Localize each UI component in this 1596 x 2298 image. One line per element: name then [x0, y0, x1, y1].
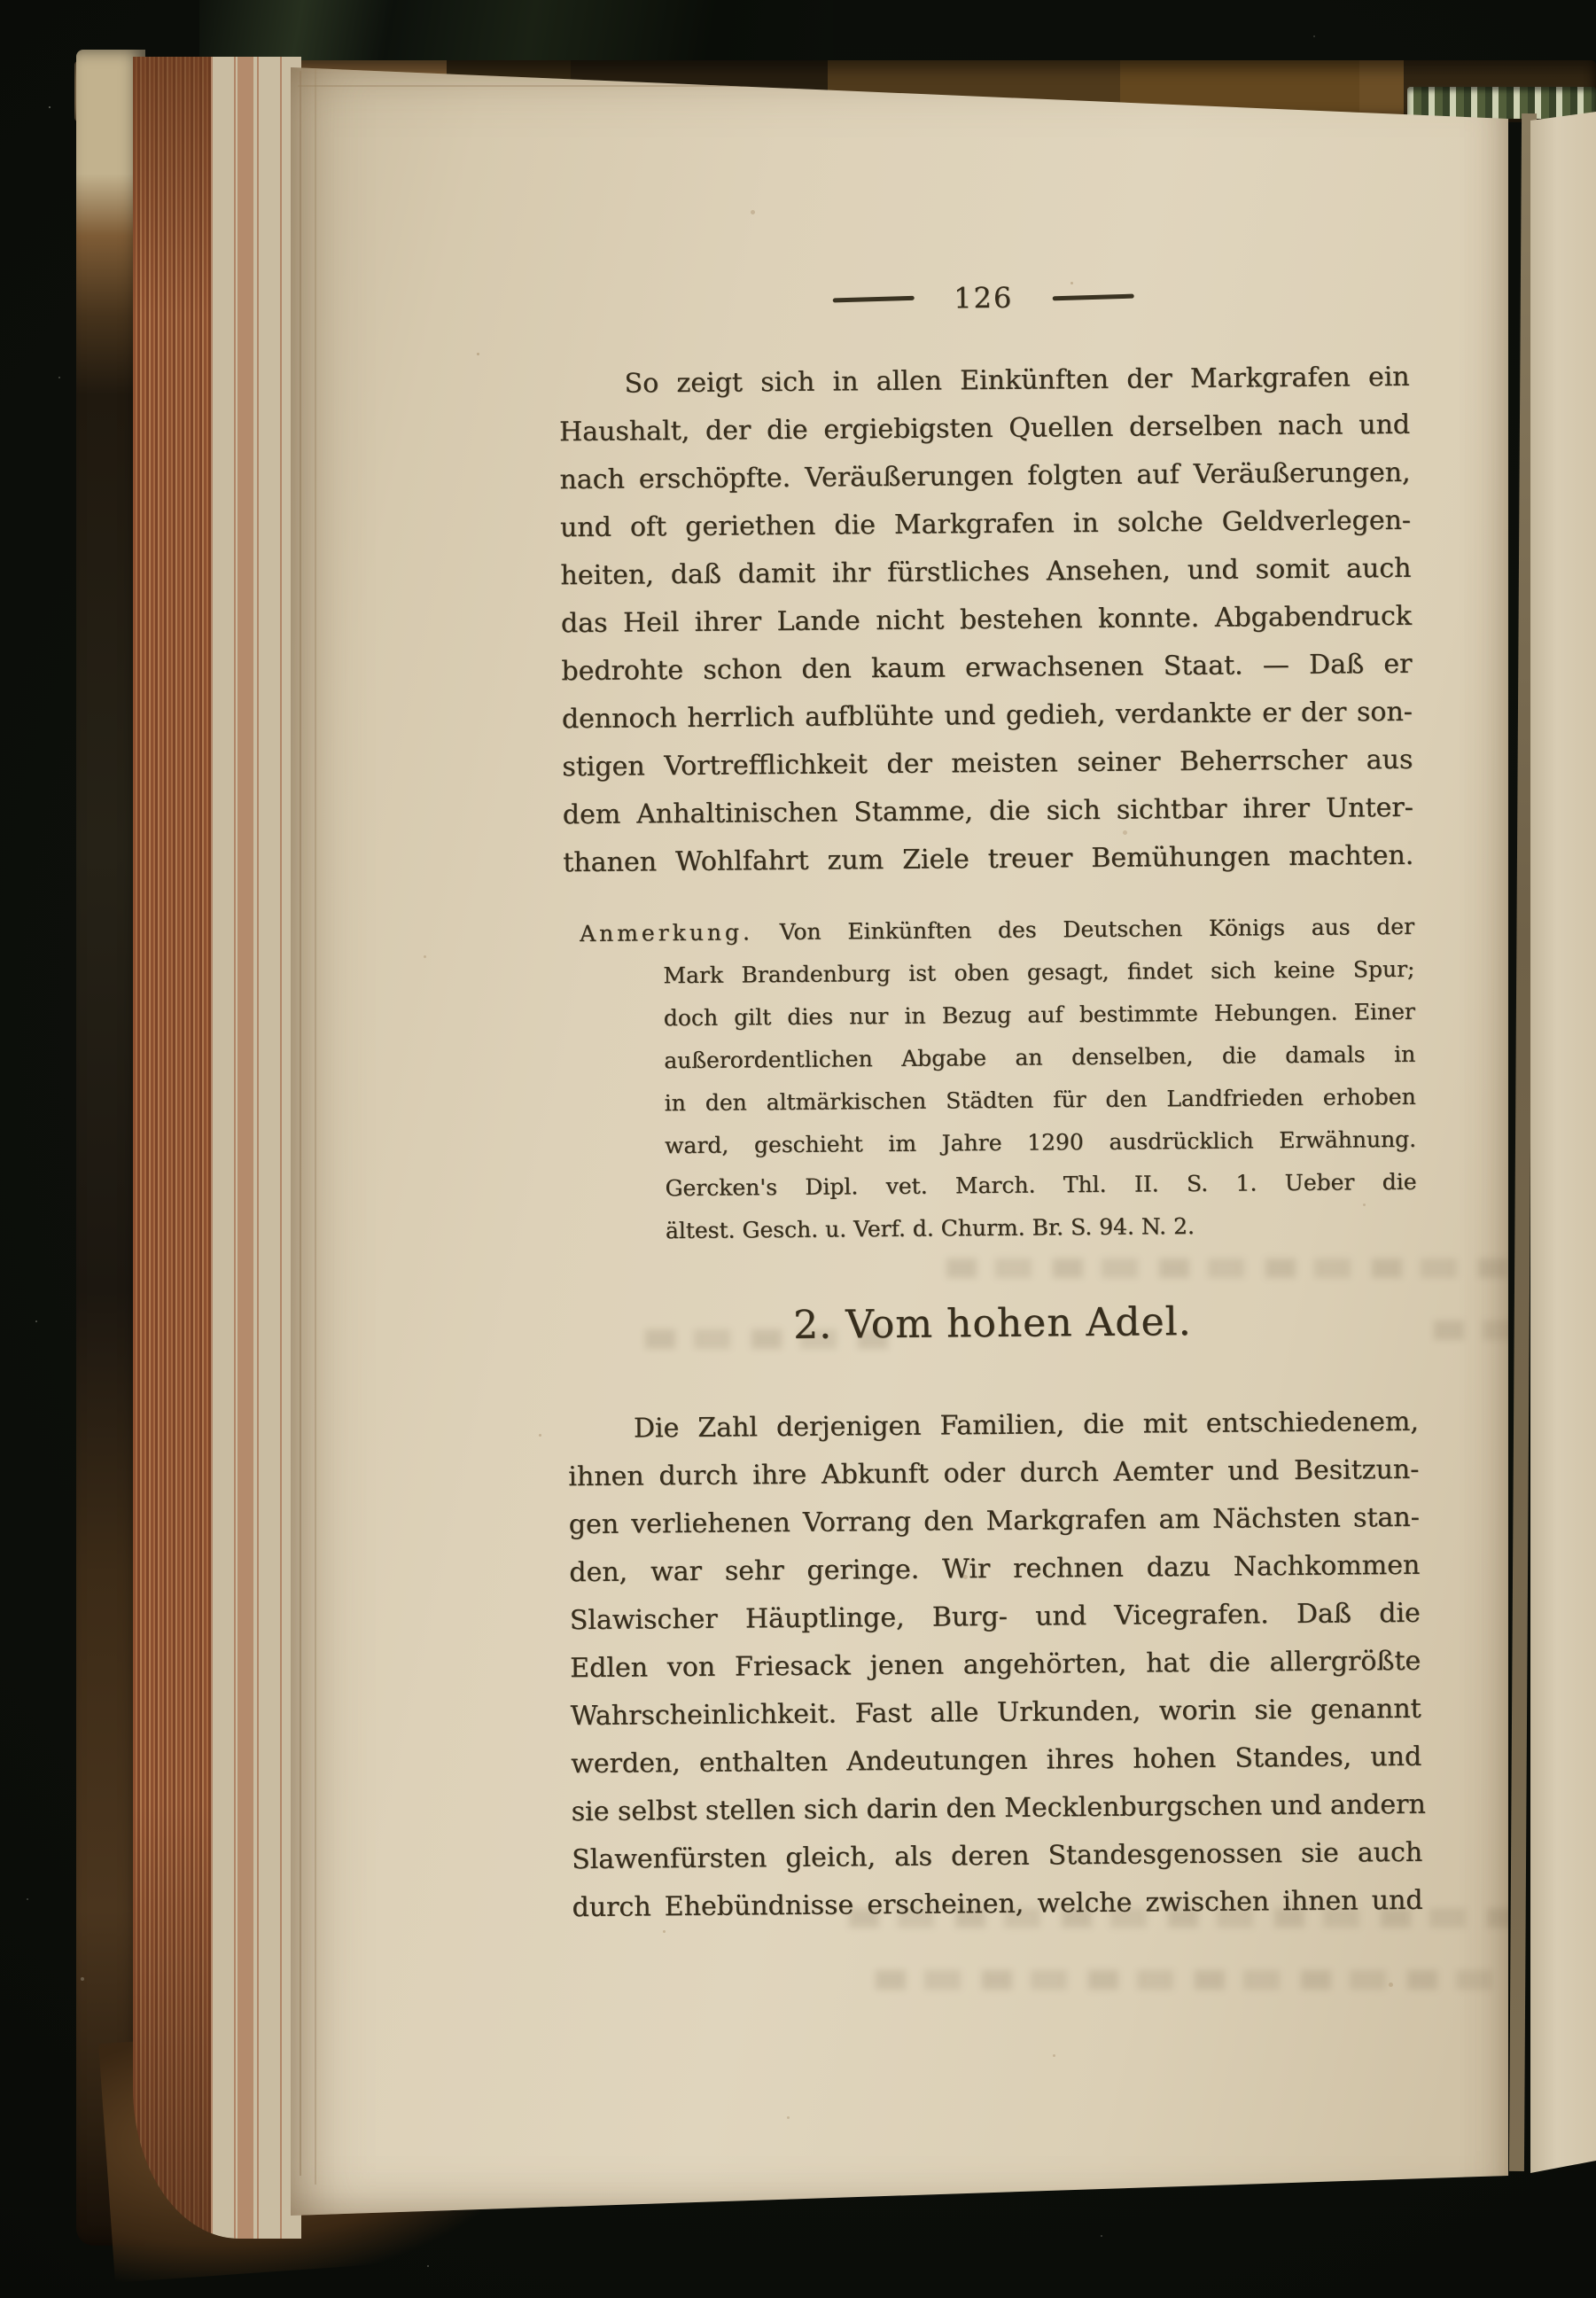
- red-dyed-page-edges: [133, 57, 211, 2239]
- text-line: und oft geriethen die Markgrafen in solc…: [560, 497, 1411, 552]
- page-header: 126: [558, 269, 1409, 326]
- text-line: das Heil ihrer Lande nicht bestehen konn…: [561, 593, 1412, 648]
- text-line: Wahrscheinlichkeit. Fast alle Urkunden, …: [570, 1686, 1421, 1741]
- stacked-page-fore-edges: [133, 57, 301, 2239]
- text-line: Haushalt, der die ergiebigsten Quellen d…: [559, 401, 1410, 456]
- text-line: dem Anhaltinischen Stamme, die sich sich…: [563, 784, 1413, 839]
- text-line: Anmerkung. Von Einkünften des Deutschen …: [564, 906, 1414, 955]
- footnote-block: Anmerkung. Von Einkünften des Deutschen …: [564, 906, 1417, 1253]
- text-line: in den altmärkischen Städten für den Lan…: [564, 1076, 1415, 1126]
- under-page-edge-line: [315, 58, 316, 2185]
- footnote-text: Von Einkünften des Deutschen Königs aus …: [780, 914, 1415, 945]
- text-line: Mark Brandenburg ist oben gesagt, findet…: [564, 948, 1414, 998]
- text-line: sie selbst stellen sich darin den Meckle…: [571, 1781, 1421, 1836]
- text-line: dennoch herrlich aufblühte und gedieh, v…: [562, 689, 1413, 744]
- facing-page-edge: [1530, 112, 1596, 2173]
- paragraph: So zeigt sich in allen Einkünften der Ma…: [558, 354, 1413, 887]
- header-rule-right: [1052, 293, 1133, 300]
- text-line: Slawischer Häuptlinge, Burg- und Vicegra…: [570, 1590, 1421, 1645]
- text-line: doch gilt dies nur in Bezug auf bestimmt…: [564, 991, 1415, 1040]
- text-line: heiten, daß damit ihr fürstliches Ansehe…: [560, 545, 1411, 600]
- section-heading: 2. Vom hohen Adel.: [567, 1292, 1419, 1356]
- text-line: Slawenfürsten gleich, als deren Standesg…: [572, 1829, 1422, 1884]
- text-line: thanen Wohlfahrt zum Ziele treuer Bemühu…: [563, 832, 1413, 887]
- footnote-label: Anmerkung.: [580, 919, 753, 946]
- text-line: ältest. Gesch. u. Verf. d. Churm. Br. S.…: [566, 1204, 1417, 1253]
- headband-stitching: [1407, 87, 1596, 119]
- book-page: 126 So zeigt sich in allen Einkünften de…: [291, 51, 1508, 2221]
- page-content: 126 So zeigt sich in allen Einkünften de…: [556, 48, 1425, 2224]
- text-line: Gercken's Dipl. vet. March. Thl. II. S. …: [565, 1161, 1416, 1211]
- cream-page-edges: [211, 57, 301, 2239]
- text-line: ward, geschieht im Jahre 1290 ausdrückli…: [565, 1118, 1416, 1168]
- under-page-edge-line: [300, 71, 301, 2176]
- text-line: werden, enthalten Andeutungen ihres hohe…: [571, 1733, 1421, 1788]
- text-line: durch Ehebündnisse erscheinen, welche zw…: [572, 1877, 1422, 1932]
- paragraph: Die Zahl derjenigen Familien, die mit en…: [568, 1398, 1423, 1932]
- scanned-book-photo: 126 So zeigt sich in allen Einkünften de…: [0, 0, 1596, 2298]
- text-line: bedrohte schon den kaum erwachsenen Staa…: [561, 641, 1412, 696]
- text-line: ihnen durch ihre Abkunft oder durch Aemt…: [568, 1446, 1419, 1501]
- dust-specks: [0, 0, 2, 2]
- page-number: 126: [954, 281, 1013, 315]
- text-line: gen verliehenen Vorrang den Markgrafen a…: [569, 1494, 1420, 1549]
- text-line: Edlen von Friesack jenen angehörten, hat…: [570, 1638, 1421, 1693]
- text-line: den, war sehr geringe. Wir rechnen dazu …: [569, 1542, 1420, 1597]
- text-line: So zeigt sich in allen Einkünften der Ma…: [558, 354, 1409, 409]
- text-line: außerordentlichen Abgabe an denselben, d…: [564, 1033, 1415, 1083]
- text-line: stigen Vortrefflichkeit der meisten sein…: [562, 736, 1413, 791]
- text-line: nach erschöpfte. Veräußerungen folgten a…: [559, 449, 1410, 504]
- text-line: Die Zahl derjenigen Familien, die mit en…: [568, 1398, 1419, 1453]
- header-rule-left: [833, 295, 915, 302]
